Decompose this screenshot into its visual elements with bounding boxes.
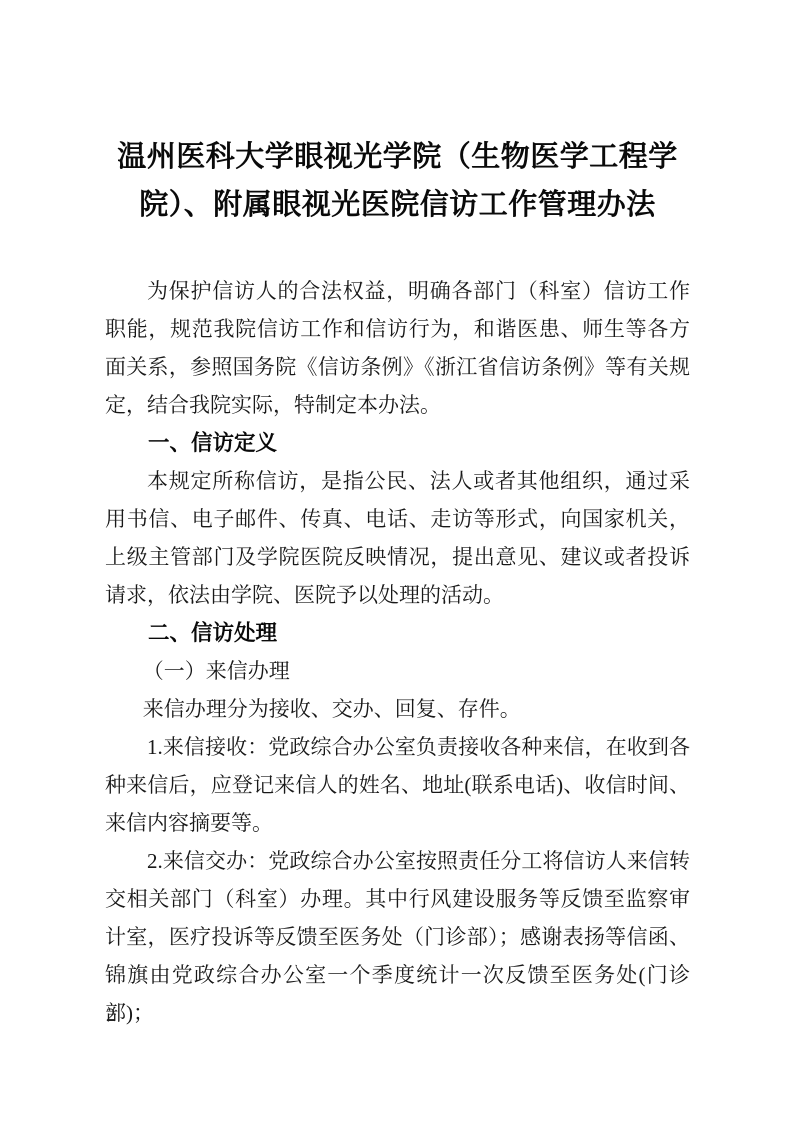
page-number: 2 bbox=[106, 1002, 116, 1030]
letter-handling-item-2: 2.来信交办：党政综合办公室按照责任分工将信访人来信转交相关部门（科室）办理。其… bbox=[105, 842, 690, 1032]
section-1-heading: 一、信访定义 bbox=[105, 424, 690, 462]
intro-paragraph: 为保护信访人的合法权益，明确各部门（科室）信访工作职能，规范我院信访工作和信访行… bbox=[105, 272, 690, 424]
document-content: 温州医科大学眼视光学院（生物医学工程学院）、附属眼视光医院信访工作管理办法 为保… bbox=[105, 0, 690, 1032]
document-title: 温州医科大学眼视光学院（生物医学工程学院）、附属眼视光医院信访工作管理办法 bbox=[105, 0, 690, 229]
letter-handling-item-1: 1.来信接收：党政综合办公室负责接收各种来信，在收到各种来信后，应登记来信人的姓… bbox=[105, 728, 690, 842]
section-2-heading: 二、信访处理 bbox=[105, 614, 690, 652]
letter-handling-summary: 来信办理分为接收、交办、回复、存件。 bbox=[105, 690, 690, 728]
section-1-body: 本规定所称信访，是指公民、法人或者其他组织，通过采用书信、电子邮件、传真、电话、… bbox=[105, 462, 690, 614]
subsection-1-heading: （一）来信办理 bbox=[105, 652, 690, 690]
document-page: 温州医科大学眼视光学院（生物医学工程学院）、附属眼视光医院信访工作管理办法 为保… bbox=[0, 0, 794, 1123]
